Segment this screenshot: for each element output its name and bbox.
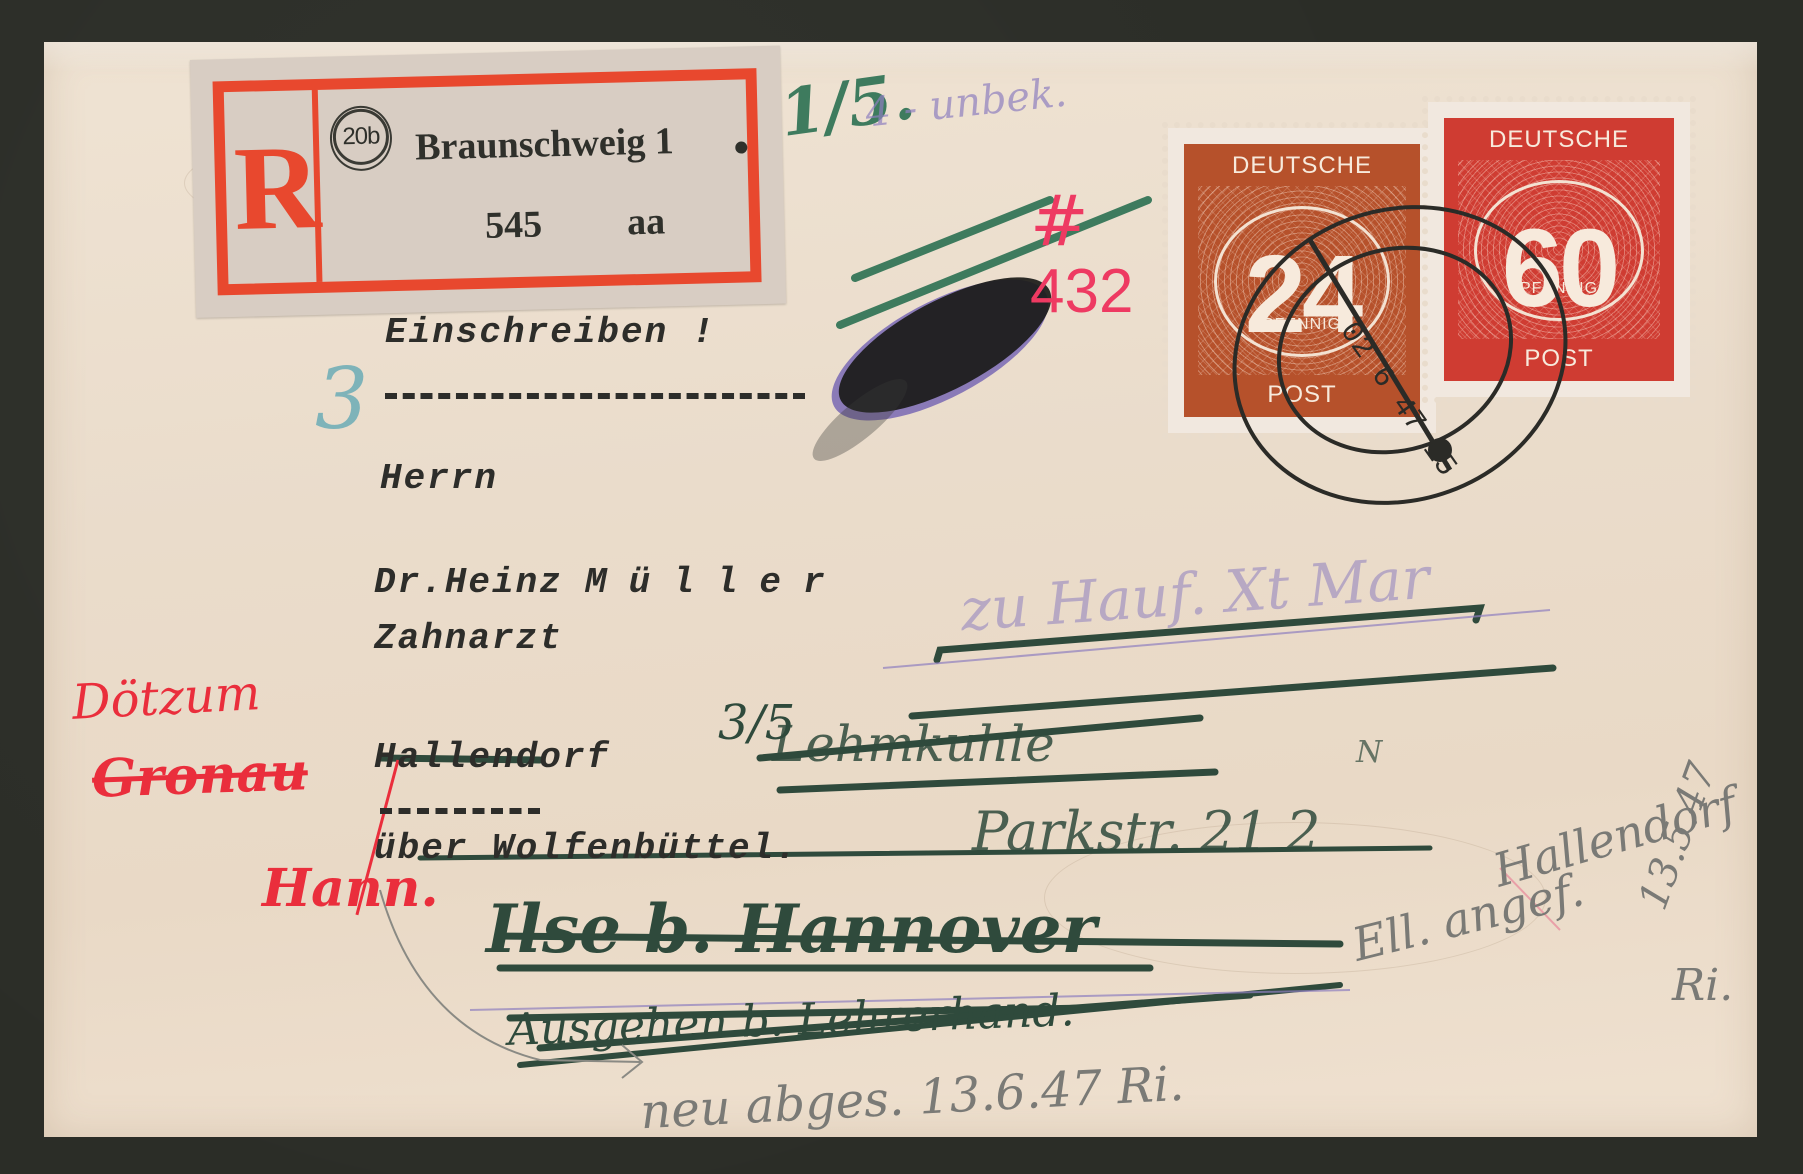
stamp-value-oval: 60 PFENNIG	[1474, 180, 1644, 321]
red-number-sign: #	[1030, 180, 1089, 262]
crossed-street-2: Parkstr. 21 2	[972, 800, 1321, 863]
registration-suffix: aa	[627, 199, 666, 244]
stamp-value-oval: 24 PFENNIG	[1214, 206, 1390, 357]
stamp-unit: PFENNIG	[1477, 280, 1641, 298]
district-code-circle: 20b	[332, 108, 389, 165]
pencil-note-initials: Ri.	[1672, 960, 1733, 1011]
stamp-design: DEUTSCHE 60 PFENNIG POST	[1444, 118, 1674, 381]
recipient-surname: Müller	[585, 562, 847, 603]
stamp-country: DEUTSCHE	[1184, 152, 1420, 180]
typed-separator	[380, 808, 540, 819]
registration-label: R 20b Braunschweig 1 545 aa	[190, 46, 786, 318]
stamp-country: DEUTSCHE	[1444, 126, 1674, 154]
registration-number: 545	[485, 202, 543, 247]
post-office-name: Braunschweig 1	[415, 119, 675, 169]
stamp-footer: POST	[1184, 381, 1420, 409]
recipient-locality: Hallendorf	[374, 737, 610, 778]
stamp-60-pfennig: DEUTSCHE 60 PFENNIG POST	[1428, 102, 1690, 397]
registration-letter: R	[232, 112, 316, 264]
stamp-value: 24	[1217, 231, 1387, 358]
salutation: Herrn	[380, 458, 498, 499]
stamp-24-pfennig: DEUTSCHE 24 PFENNIG POST	[1168, 128, 1436, 433]
service-note-registered: Einschreiben !	[385, 312, 715, 353]
stamp-value: 60	[1477, 205, 1641, 332]
recipient-name-prefix: Dr.Heinz	[374, 562, 563, 603]
redirect-region: Hann.	[262, 858, 439, 919]
recipient-profession: Zahnarzt	[374, 618, 563, 659]
redirect-district: Gronau	[91, 741, 309, 809]
typed-separator	[385, 393, 805, 404]
blue-mark: 3	[315, 350, 368, 448]
ink-dot	[735, 141, 747, 153]
stamp-footer: POST	[1444, 345, 1674, 373]
crossed-street-1: Lehmkuhle	[772, 715, 1055, 773]
stamp-design: DEUTSCHE 24 PFENNIG POST	[1184, 144, 1420, 417]
stray-mark: N	[1356, 735, 1382, 770]
registration-frame: R 20b Braunschweig 1 545 aa	[213, 68, 762, 295]
stamp-unit: PFENNIG	[1217, 316, 1387, 334]
crossed-city: Ilse b. Hannover	[486, 890, 1096, 968]
redirect-town: Dötzum	[71, 665, 262, 731]
red-number: 432	[1030, 256, 1133, 327]
